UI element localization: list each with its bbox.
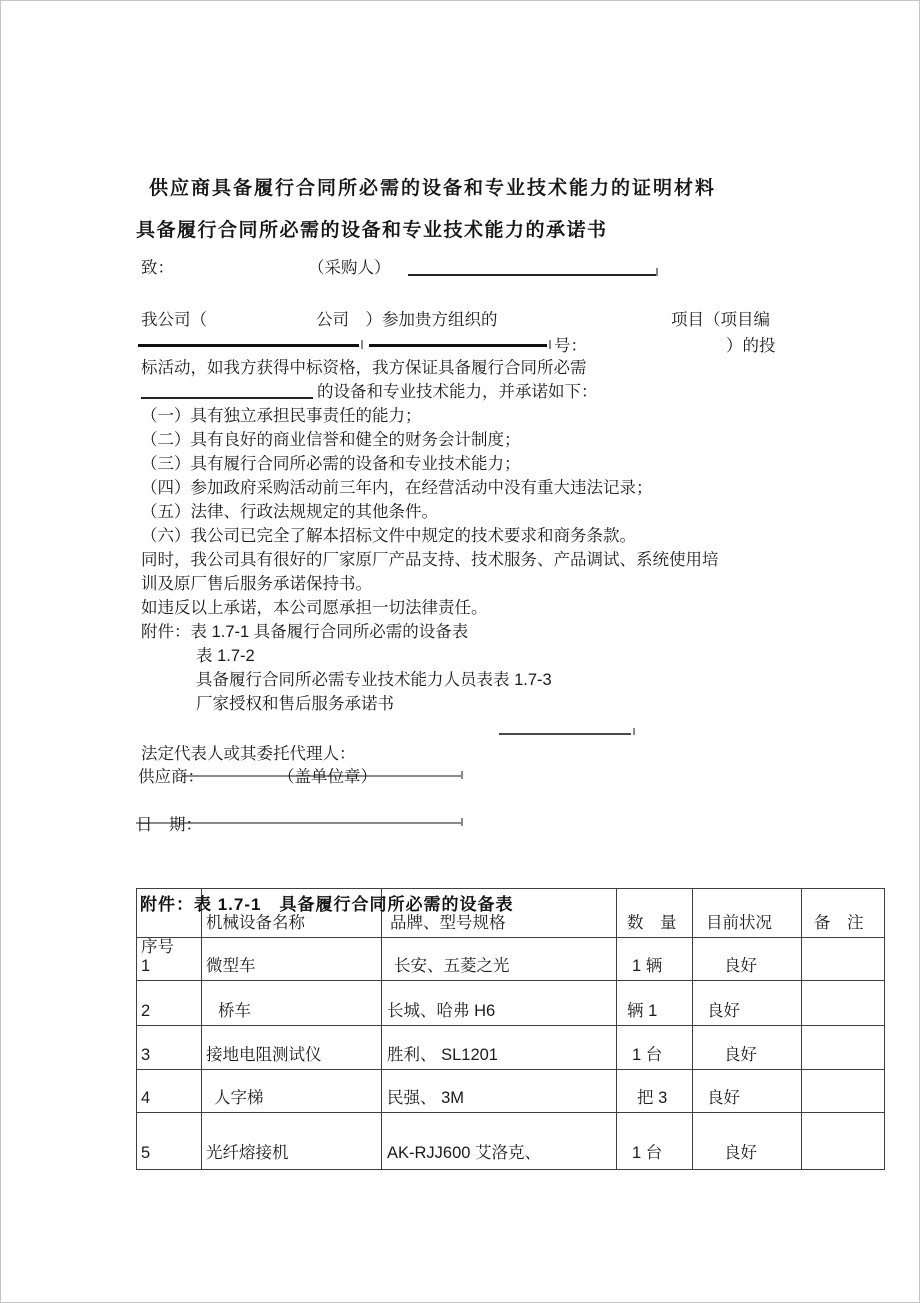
purchaser-note: （采购人） <box>308 259 391 278</box>
line-end-tick <box>549 340 551 349</box>
equipment-name: 微型车 <box>202 938 382 981</box>
date-label: 日 期： <box>136 816 202 835</box>
equipment-table: 机械设备名称 品牌、型号规格 数 量 目前状况 备 注 序号 1 微型车 长安、… <box>136 888 885 1170</box>
serial-label: 序号 <box>141 938 199 957</box>
document-page: 供应商具备履行合同所必需的设备和专业技术能力的证明材料 具备履行合同所必需的设备… <box>0 0 920 1303</box>
seal-note: （盖单位章） <box>278 768 377 787</box>
company-name-blank-line <box>138 344 359 347</box>
equipment-status: 良好 <box>693 1026 802 1070</box>
attachment-line-1: 附件：表 1.7-1 具备履行合同所必需的设备表 <box>141 623 468 642</box>
commitment-item: （六）我公司已完全了解本招标文件中规定的技术要求和商务条款。 <box>141 527 636 546</box>
equipment-note <box>802 981 885 1026</box>
row-number: 1 <box>141 957 199 976</box>
equipment-table-caption: 附件：表 1.7-1 具备履行合同所必需的设备表 <box>140 890 513 915</box>
page-subtitle: 具备履行合同所必需的设备和专业技术能力的承诺书 <box>136 221 608 240</box>
table-row: 2 桥车 长城、哈弗 H6 辆 1 良好 <box>137 981 885 1026</box>
equipment-qty: 辆 1 <box>617 981 693 1026</box>
line-end-tick <box>461 818 463 826</box>
equipment-brand: 长城、哈弗 H6 <box>382 981 617 1026</box>
equipment-qty: 1 辆 <box>617 938 693 981</box>
equipment-status: 良好 <box>693 938 802 981</box>
company-prefix: 我公司（ <box>141 311 207 330</box>
equipment-name: 接地电阻测试仪 <box>202 1026 382 1070</box>
equipment-qty: 1 台 <box>617 1026 693 1070</box>
page-title: 供应商具备履行合同所必需的设备和专业技术能力的证明材料 <box>149 179 716 198</box>
equipment-brand: 民强、 3M <box>382 1070 617 1113</box>
equipment-name: 桥车 <box>202 981 382 1026</box>
line-end-tick <box>361 340 363 349</box>
header-note: 备 注 <box>802 889 885 938</box>
bid-suffix: ）的投 <box>726 337 776 356</box>
supplier-label: 供应商： <box>138 768 204 787</box>
attachment-line-2: 表 1.7-2 <box>196 647 255 666</box>
equipment-status: 良好 <box>693 1070 802 1113</box>
equipment-note <box>802 1070 885 1113</box>
commitment-item: （五）法律、行政法规规定的其他条件。 <box>141 503 438 522</box>
body-line-4: 的设备和专业技术能力，并承诺如下： <box>317 383 598 402</box>
header-qty: 数 量 <box>617 889 693 938</box>
legal-representative-label: 法定代表人或其委托代理人： <box>141 745 356 764</box>
attachment-line-4: 厂家授权和售后服务承诺书 <box>196 695 394 714</box>
equipment-brand: 胜利、 SL1201 <box>382 1026 617 1070</box>
blank-underline <box>141 397 313 399</box>
table-row: 序号 1 微型车 长安、五菱之光 1 辆 良好 <box>137 938 885 981</box>
equipment-qty: 1 台 <box>617 1113 693 1170</box>
underline-end-tick <box>656 268 658 276</box>
project-suffix: 项目（项目编 <box>671 311 770 330</box>
equipment-qty: 把 3 <box>617 1070 693 1113</box>
row-number-cell: 序号 1 <box>137 938 202 981</box>
equipment-note <box>802 1026 885 1070</box>
table-row: 3 接地电阻测试仪 胜利、 SL1201 1 台 良好 <box>137 1026 885 1070</box>
attachment-line-3: 具备履行合同所必需专业技术能力人员表表 1.7-3 <box>196 671 552 690</box>
equipment-status: 良好 <box>693 981 802 1026</box>
row-number: 4 <box>137 1070 202 1113</box>
purchaser-blank-underline <box>408 274 656 276</box>
underline-end-tick <box>633 728 635 735</box>
blank-underline <box>499 733 631 735</box>
equipment-name: 人字梯 <box>202 1070 382 1113</box>
equipment-note <box>802 938 885 981</box>
row-number: 3 <box>137 1026 202 1070</box>
to-label: 致： <box>141 259 174 278</box>
header-status: 目前状况 <box>693 889 802 938</box>
commitment-item: （二）具有良好的商业信誉和健全的财务会计制度； <box>141 431 521 450</box>
table-row: 4 人字梯 民强、 3M 把 3 良好 <box>137 1070 885 1113</box>
paragraph: 训及原厂售后服务承诺保持书。 <box>141 575 372 594</box>
table-row: 5 光纤熔接机 AK-RJJ600 艾洛克、 1 台 良好 <box>137 1113 885 1170</box>
equipment-brand: 长安、五菱之光 <box>382 938 617 981</box>
project-name-blank-line <box>369 344 547 347</box>
line-end-tick <box>461 771 463 779</box>
equipment-note <box>802 1113 885 1170</box>
equipment-name: 光纤熔接机 <box>202 1113 382 1170</box>
commitment-item: （四）参加政府采购活动前三年内，在经营活动中没有重大违法记录； <box>141 479 653 498</box>
equipment-status: 良好 <box>693 1113 802 1170</box>
body-line-3: 标活动，如我方获得中标资格，我方保证具备履行合同所必需 <box>141 359 587 378</box>
commitment-item: （三）具有履行合同所必需的设备和专业技术能力； <box>141 455 521 474</box>
commitment-item: （一）具有独立承担民事责任的能力； <box>141 407 422 426</box>
paragraph: 同时，我公司具有很好的厂家原厂产品支持、技术服务、产品调试、系统使用培 <box>141 551 719 570</box>
row-number: 5 <box>137 1113 202 1170</box>
paragraph: 如违反以上承诺，本公司愿承担一切法律责任。 <box>141 599 488 618</box>
row-number: 2 <box>137 981 202 1026</box>
equipment-brand: AK-RJJ600 艾洛克、 <box>382 1113 617 1170</box>
company-mid: 公司 ）参加贵方组织的 <box>316 311 498 330</box>
number-label: 号： <box>554 337 587 356</box>
